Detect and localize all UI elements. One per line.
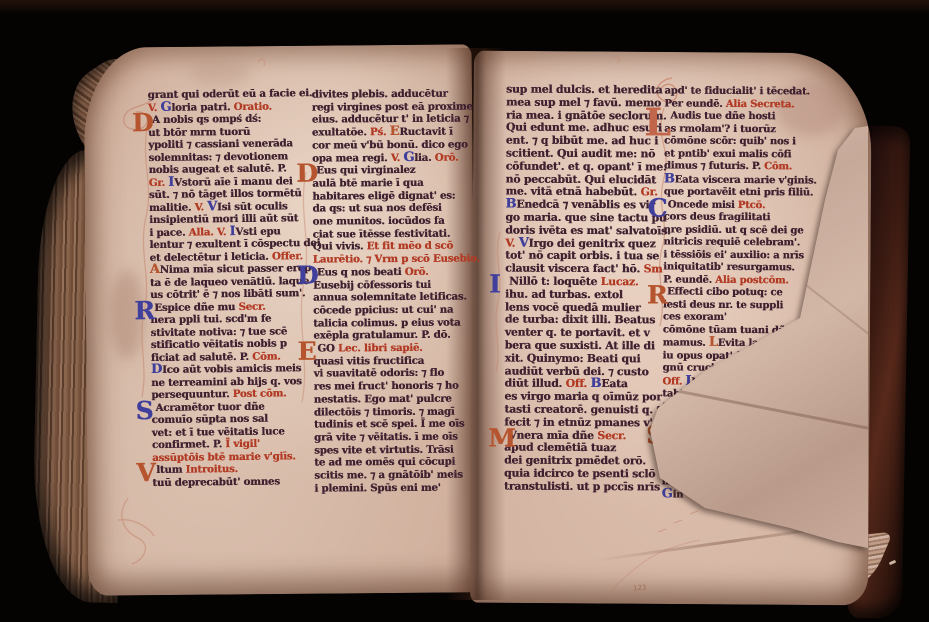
body-text: ut btōr mrm tuorū (148, 125, 250, 138)
body-text: dilectōis ⁊ timoris. ⁊ magī (314, 405, 455, 418)
manuscript-line: Per eundē. Alia Secreta. (664, 98, 825, 112)
rubric-text: Alia postcōm. (715, 274, 789, 286)
body-text: exēpla gratulamur. P. dō. (313, 329, 450, 342)
manuscript-line: LAudis tue dñe hosti (664, 110, 825, 124)
body-text: ciat sue ītēsse festivitati. (313, 227, 451, 240)
manuscript-line: tuū exultabit vehemēt' desi (662, 401, 823, 415)
rubric-text: Sm (644, 262, 663, 275)
manuscript-line: i plemini. Spūs eni me' (314, 481, 481, 495)
manuscript-line: P. eundē. Alia postcōm. (663, 274, 824, 288)
manuscript-line: habitares eligē dignat' es: (312, 189, 479, 203)
body-text: habitares eligē dignat' es: (312, 189, 455, 202)
body-text: dēiū aīe ei' tribuisti ei. (662, 413, 788, 425)
body-text: clausit viscera fact' hō. (505, 262, 644, 276)
rubric-text: Oratio. (233, 100, 271, 112)
body-text: i plemini. Spūs eni me' (314, 481, 440, 494)
manuscript-line: que portavēit etni pris filiū. (664, 186, 825, 200)
body-text: lesti deus nr. te suppli (663, 299, 783, 311)
rubric-text: Off. (662, 376, 685, 387)
body-text: ne terreamini ab hijs q. vos (151, 375, 302, 389)
colored-capital: A (150, 262, 160, 277)
body-text: ihu. ad turbas. extol (505, 287, 623, 301)
body-text: lens vocē quedā mulier (505, 300, 641, 314)
body-text: spes vite et virtutis. Trāsi (314, 443, 453, 456)
manuscript-line: grant qui oderūt eū a facie ei. (148, 87, 319, 102)
manuscript-line: lesti deus nr. te suppli (663, 299, 824, 313)
body-text: Effecti cibo potuq: ce (667, 286, 782, 298)
manuscript-line: Qui vivis. Et fit mēo d scō (313, 240, 480, 254)
rubric-text: Orō. (435, 151, 459, 163)
body-text: sancta cōciliet: ut cuius ho (662, 451, 808, 463)
body-text: as rmolam'? i tuorūz (664, 123, 776, 135)
manuscript-line: dimus ⁊ futuris. P. Cōm. (664, 160, 825, 174)
manuscript-line: quasi vitis fructifica (313, 354, 480, 368)
rubric-text: Orō. (405, 266, 429, 278)
body-text: lia. (414, 151, 435, 163)
body-text: doris ivēta es mat' salvatoīs. (505, 223, 670, 237)
body-text: Eusebij cōfessoris tui (313, 278, 431, 291)
body-text: diūt illud. (504, 377, 565, 390)
body-text: cors deus fragilitati (663, 211, 770, 223)
manuscript-line: aulā btē marie ī qua (312, 176, 479, 190)
rubric-text: V. (194, 201, 207, 213)
body-text: Per eundē. (664, 98, 725, 109)
body-text: apd' te fiducialit' i tēcedat. (664, 85, 809, 97)
rubric-text: Secr. (597, 429, 626, 442)
body-text: qs bti laurēty pcatio (662, 438, 771, 450)
manuscript-line: tabitur iustus. et sup salutare (662, 388, 823, 402)
body-text: talicia colimus. p eius vota (313, 316, 460, 329)
rubric-text: Pś. (370, 126, 390, 138)
illuminated-initial: D (312, 165, 316, 175)
colored-capital: Q (686, 487, 697, 502)
manuscript-line: annua solemnitate letificas. (313, 291, 480, 305)
manuscript-line: cōmōne tūam tuani dñe. (663, 324, 824, 338)
body-text: Evita laurētius (718, 338, 797, 350)
body-text: stivitate notiva: ⁊ tue scē (150, 325, 287, 339)
rubric-text: Secr. (788, 414, 815, 425)
body-text: tudinis et scē spei. Ī me oīs (314, 418, 464, 431)
manuscript-line: qs bti laurēty pcatio (662, 438, 823, 452)
manuscript-line: te ad me omēs qui cōcupi (314, 456, 481, 470)
manuscript-line: nore soleyniter exhibetur. (662, 463, 823, 477)
body-text: Eus qui virginalez (316, 164, 415, 177)
body-text: mamus. (663, 337, 709, 348)
colored-capital: G (160, 99, 171, 114)
body-text: cor meū v'bū bonū. dico ego (312, 138, 468, 151)
manuscript-column-left-2: divites plebis. adducēturregi virgines p… (312, 87, 482, 495)
body-text: Qui edunt me. adhuc esuri (506, 121, 662, 135)
body-text: in (672, 490, 686, 501)
rubric-text: Laurētio. ⁊ Vrm p scō Eusebio. (313, 253, 480, 266)
body-text: ypoliti ⁊ cassiani venerāda (148, 137, 293, 151)
rubric-text: Gr. (149, 176, 169, 188)
manuscript-line: et pntib' exui malis cōfi (664, 148, 825, 162)
body-text: GO (317, 342, 338, 354)
illuminated-initial: M (504, 429, 508, 439)
body-text: divites plebis. adducētur (312, 88, 448, 101)
manuscript-line: EGO Lec. libri sapiē. (313, 341, 480, 355)
manuscript-line: exēpla gratulamur. P. dō. (313, 329, 480, 343)
body-text: sup mel dulcis. et heredita (506, 83, 662, 97)
body-text: que portavēit etni pris filiū. (664, 186, 813, 198)
illuminated-initial: D (148, 114, 152, 124)
body-text: Irgo dei genitrix quez (529, 236, 656, 250)
manuscript-line: cōcede ppicius: ut cui' na (313, 303, 480, 317)
rubric-text: Lucaz. (601, 275, 639, 288)
body-text: annua solemnitate letificas. (313, 291, 467, 304)
manuscript-line: cōmōne scōr: quib' nos i (664, 135, 825, 149)
body-text: ltum (156, 464, 185, 476)
body-text: go maria. que sine tactu pu (505, 211, 666, 225)
body-text: tabitur iustus. et sup salutare (662, 388, 823, 400)
manuscript-line: iniquitatib' resurgamus. (663, 261, 824, 275)
folio-mark: 123 (633, 584, 647, 593)
manuscript-line: Gin Qui vult venire (662, 488, 823, 503)
body-text: Isi sūt oculis (217, 200, 288, 213)
manuscript-line: COncede misi Ptcō. (664, 199, 825, 213)
body-text: confirmet. P. (152, 438, 226, 451)
illuminated-initial: C (664, 199, 668, 209)
rubric-text: Alia Secreta. (726, 98, 795, 109)
manuscript-line: nestatis. Ego mat' pulcre (314, 392, 481, 406)
manuscript-line: DEus q nos beati Orō. (313, 265, 480, 279)
body-text: et delectētur i leticia. (150, 250, 272, 263)
body-text: cōcede ppicius: ut cui' na (313, 304, 453, 317)
manuscript-line: as rmolam'? i tuorūz (664, 123, 825, 137)
body-text: A nobis qs ompś dś: (152, 113, 261, 126)
body-text: quasi vitis fructifica (313, 355, 424, 368)
body-text: Oncede misi (668, 199, 738, 210)
manuscript-line: regi virgines post eā proxime (312, 100, 479, 114)
body-text: nestatis. Ego mat' pulcre (314, 392, 452, 405)
body-text: Vsti epu (235, 225, 280, 238)
body-text: Vstorū aīe ī manu dei (174, 175, 293, 188)
colored-capital: B (664, 171, 675, 186)
body-text: iu opus opat' ē. qui per si (663, 350, 800, 362)
rubric-text: Lec. libri sapiē. (338, 342, 423, 355)
manuscript-line: grā vite ⁊ vēitatis. ī me oīs (314, 430, 481, 444)
manuscript-line: one munitos. iocūdos fa (312, 214, 479, 228)
body-text: one munitos. iocūdos fa (312, 215, 444, 228)
manuscript-line: Off. IN virtute tua dñe le (662, 375, 823, 390)
rubric-text: Alla. V. (189, 226, 230, 238)
body-text: Enedcā ⁊ venāblis es vir (516, 198, 655, 212)
body-text: mea sup mel ⁊ favū. memo (506, 95, 661, 109)
rubric-text: Off. (566, 377, 591, 390)
illuminated-initial: I (505, 276, 509, 286)
body-text: tuū exultabit vehemēt' desi (662, 401, 809, 413)
manuscript-line: cor meū v'bū bonū. dico ego (312, 138, 479, 152)
manuscript-line: i tēssiōis ei' auxilio: a nrīs (663, 249, 824, 263)
body-text: Eata (601, 377, 627, 390)
illuminated-initial: S (662, 426, 666, 436)
body-text: i pace. (149, 226, 188, 238)
colored-capital: V (207, 199, 217, 214)
manuscript-line: tuū deprecabūt' omnes (152, 474, 323, 489)
manuscript-line: DEus qui virginalez (312, 164, 479, 178)
manuscript-line: SAcrificiū nrm ē dñe (662, 426, 823, 440)
rubric-text: V. (505, 236, 518, 249)
body-text: persequuntur. (151, 388, 233, 401)
manuscript-line: iu opus opat' ē. qui per si (663, 350, 824, 364)
body-text: nore soleyniter exhibetur. (662, 463, 801, 475)
body-text: dimus ⁊ futuris. P. (664, 160, 764, 172)
illuminated-initial: R (150, 301, 154, 311)
body-text: dei genitrix pmēdet orō. (504, 454, 646, 468)
manuscript-line: sancta cōciliet: ut cuius ho (662, 451, 823, 465)
body-text: bera que suxisti. At ille di (505, 338, 655, 352)
body-text: insipientiū mori illi aūt sūt (149, 212, 298, 226)
body-text: nre psidiū. ut q scē dei ge (663, 224, 803, 236)
illuminated-initial: D (313, 266, 317, 276)
manuscript-line: da qs: ut sua nos defēsi (312, 202, 479, 216)
body-text: Ructavit ī (399, 126, 452, 138)
body-text: vi suavitatē odoris: ⁊ flo (314, 367, 444, 380)
manuscript-line: spes vite et virtutis. Trāsi (314, 443, 481, 457)
body-text: regi virgines post eā proxime (312, 100, 473, 113)
manuscript-line: mamus. LEvita laurētius (663, 336, 824, 351)
manuscript-line: opa mea regi. V. Glia. Orō. (312, 151, 479, 165)
body-text: loria patri. (171, 101, 233, 114)
body-text: me. vitā etnā habebūt. (505, 185, 640, 199)
manuscript-line: res mei fruct' honoris ⁊ ho (314, 380, 481, 394)
manuscript-line: ces exoram' (663, 311, 824, 325)
body-text: iniquitatib' resurgamus. (663, 261, 794, 273)
body-text: transtulisti. ut p pccīs nrīs (504, 479, 660, 493)
manuscript-line: exultatōe. Pś. ERuctavit ī (312, 126, 479, 140)
body-text: stificatio vēitatis nobis p (151, 337, 287, 351)
body-text: res mei fruct' honoris ⁊ ho (314, 380, 459, 393)
body-text: de turba: dixit illi. Beatus (505, 313, 655, 327)
manuscript-line: sūt. ⁊ nō tāget illos tormētū (149, 187, 320, 202)
body-text: Nillō t: loquēte (509, 275, 601, 288)
body-text: apud clemētiā tuaz (504, 441, 616, 455)
rubric-text: Introitus. (185, 463, 237, 476)
body-text: cōmōne scōr: quib' nos i (664, 135, 796, 147)
manuscript-line: REffecti cibo potuq: ce (663, 286, 824, 300)
body-text: quia idcirco te psenti sclō (504, 466, 655, 480)
body-text: P. eundē. (663, 274, 715, 285)
body-text: et pntib' exui malis cōfi (664, 148, 791, 160)
body-text: us cōtrit' ē ⁊ nos libāti sum'. (150, 287, 305, 301)
body-text: tuū deprecabūt' omnes (152, 475, 279, 489)
body-text: Qui vivis. (313, 241, 367, 253)
illuminated-initial: E (313, 343, 317, 353)
body-text: Audis tue dñe hosti (670, 110, 775, 122)
body-text: exultatōe. (312, 126, 370, 138)
body-text: nera ppli tui. scd'm fe (150, 313, 271, 326)
body-text: scitis me. ⁊ a gnātōib' meis (314, 469, 462, 482)
body-text: Ico aūt vobis amicis meis (162, 362, 301, 376)
body-text: opa mea regi. (312, 152, 391, 165)
manuscript-line: cors deus fragilitati (663, 211, 824, 225)
rubric-text: Et fit mēo d scō (367, 240, 453, 253)
body-text: ces exoram' (663, 311, 727, 322)
rubric-text: Ptcō. (738, 199, 765, 210)
body-text: comuīo sūpta nos sal (152, 413, 268, 426)
rubric-text: Cōm. (252, 350, 281, 362)
manuscript-line: Laurētio. ⁊ Vrm p scō Eusebio. (313, 253, 480, 267)
body-text: da qs: ut sua nos defēsi (312, 202, 441, 215)
body-text: ui vult venire (698, 490, 770, 501)
body-text: tasti creatorē. genuisti q. te i (504, 402, 675, 416)
body-text: malitie. (149, 201, 195, 214)
manuscript-line: transtulisti. ut p pccīs nrīs (504, 480, 675, 494)
body-text: ria mea. i gnātōe seclorum. (506, 108, 667, 122)
manuscript-line: nitricis requiē celebram'. (663, 236, 824, 250)
manuscript-column-right-2: apd' te fiducialit' i tēcedat.Per eundē.… (662, 85, 826, 503)
body-text: cōfundet'. et q. opant' ī me. (506, 159, 667, 173)
manuscript-line: scitis me. ⁊ a gnātōib' meis (314, 469, 481, 483)
body-text: xit. Quinymo: Beati qui (505, 351, 641, 365)
body-text: Acrificiū nrm ē dñe (666, 426, 771, 438)
manuscript-photo: grant qui oderūt eū a facie ei.V. Gloria… (0, 0, 929, 622)
manuscript-line: apd' te fiducialit' i tēcedat. (664, 85, 825, 99)
manuscript-line: BEata viscera marie v'ginis. (664, 173, 825, 188)
illuminated-initial: R (663, 286, 667, 296)
colored-capital: L (709, 335, 718, 350)
manuscript-line: divites plebis. adducētur (312, 87, 479, 101)
manuscript-line: vi suavitatē odoris: ⁊ flo (314, 367, 481, 381)
rubric-text: Ī vigil' (225, 438, 260, 450)
manuscript-line: dēiū aīe ei' tribuisti ei. Secr. (662, 413, 823, 427)
body-text: ficiat ad salutē. P. (151, 350, 252, 363)
body-text: ent. ⁊ q bibūt me. ad huc i (506, 134, 658, 148)
body-text: venter q. te portavit. et v (505, 326, 650, 340)
body-text: te ad me omēs qui cōcupi (314, 456, 455, 469)
body-text: vet: et ī tue vēitatis luce (152, 425, 285, 439)
colored-capital: V (519, 235, 529, 250)
manuscript-line: ciat sue ītēsse festivitati. (313, 227, 480, 241)
body-text: nō peccabūt. Qui elucidāt (506, 172, 656, 186)
rubric-text: assūptōis btē marie v'giīs. (152, 450, 296, 464)
rubric-text: Cōm. (764, 161, 792, 172)
colored-capital: G (662, 486, 673, 501)
body-text: mentis ei efficiat' acceptūz. (662, 476, 811, 488)
manuscript-line: nre psidiū. ut q scē dei ge (663, 224, 824, 238)
body-text: es virgo maria q oīmūz por (504, 390, 661, 404)
illuminated-initial: S (151, 401, 155, 411)
manuscript-line: Eusebij cōfessoris tui (313, 278, 480, 292)
colored-capital: B (505, 197, 516, 212)
rubric-text: Post cōm. (233, 387, 287, 400)
manuscript-line: talicia colimus. p eius vota (313, 316, 480, 330)
body-text: grant qui oderūt eū a facie ei. (148, 87, 313, 101)
colored-capital: G (403, 149, 414, 164)
manuscript-line: tudinis et scē spei. Ī me oīs (314, 418, 481, 432)
manuscript-line: us cōtrit' ē ⁊ nos libāti sum'. (150, 287, 321, 302)
body-text: i tēssiōis ei' auxilio: a nrīs (663, 249, 804, 261)
body-text: scitient. Qui audit me: nō (506, 147, 655, 161)
body-text: grā vite ⁊ vēitatis. ī me oīs (314, 431, 458, 444)
body-text: Acramētor tuor dñe (155, 400, 264, 413)
photo-top-shadow (0, 0, 929, 12)
manuscript-line: ne terreamini ab hijs q. vos (151, 374, 322, 389)
body-text: solemnitas: ⁊ devotionem (148, 150, 288, 164)
body-text: Espice dñe mu (154, 300, 238, 313)
body-text: tot' nō capit orbis. i tua se (505, 249, 659, 263)
rubric-text: Secr. (238, 300, 265, 312)
body-text: Eata viscera marie v'ginis. (675, 174, 817, 186)
body-text: Eus q nos beati (317, 266, 405, 279)
body-text: nitricis requiē celebram'. (663, 236, 800, 248)
body-text: Vnera mīa dñe (508, 428, 597, 441)
colored-capital: D (151, 362, 162, 377)
body-text: cōmōne tūam tuani dñe. (663, 324, 795, 336)
colored-capital: B (590, 376, 601, 391)
illuminated-initial: L (664, 110, 670, 120)
body-text: aulā btē marie ī qua (312, 177, 423, 190)
rubric-text: V. (391, 151, 404, 163)
body-text: N virtute tua dñe le (691, 376, 797, 388)
illuminated-initial: V (152, 464, 156, 474)
